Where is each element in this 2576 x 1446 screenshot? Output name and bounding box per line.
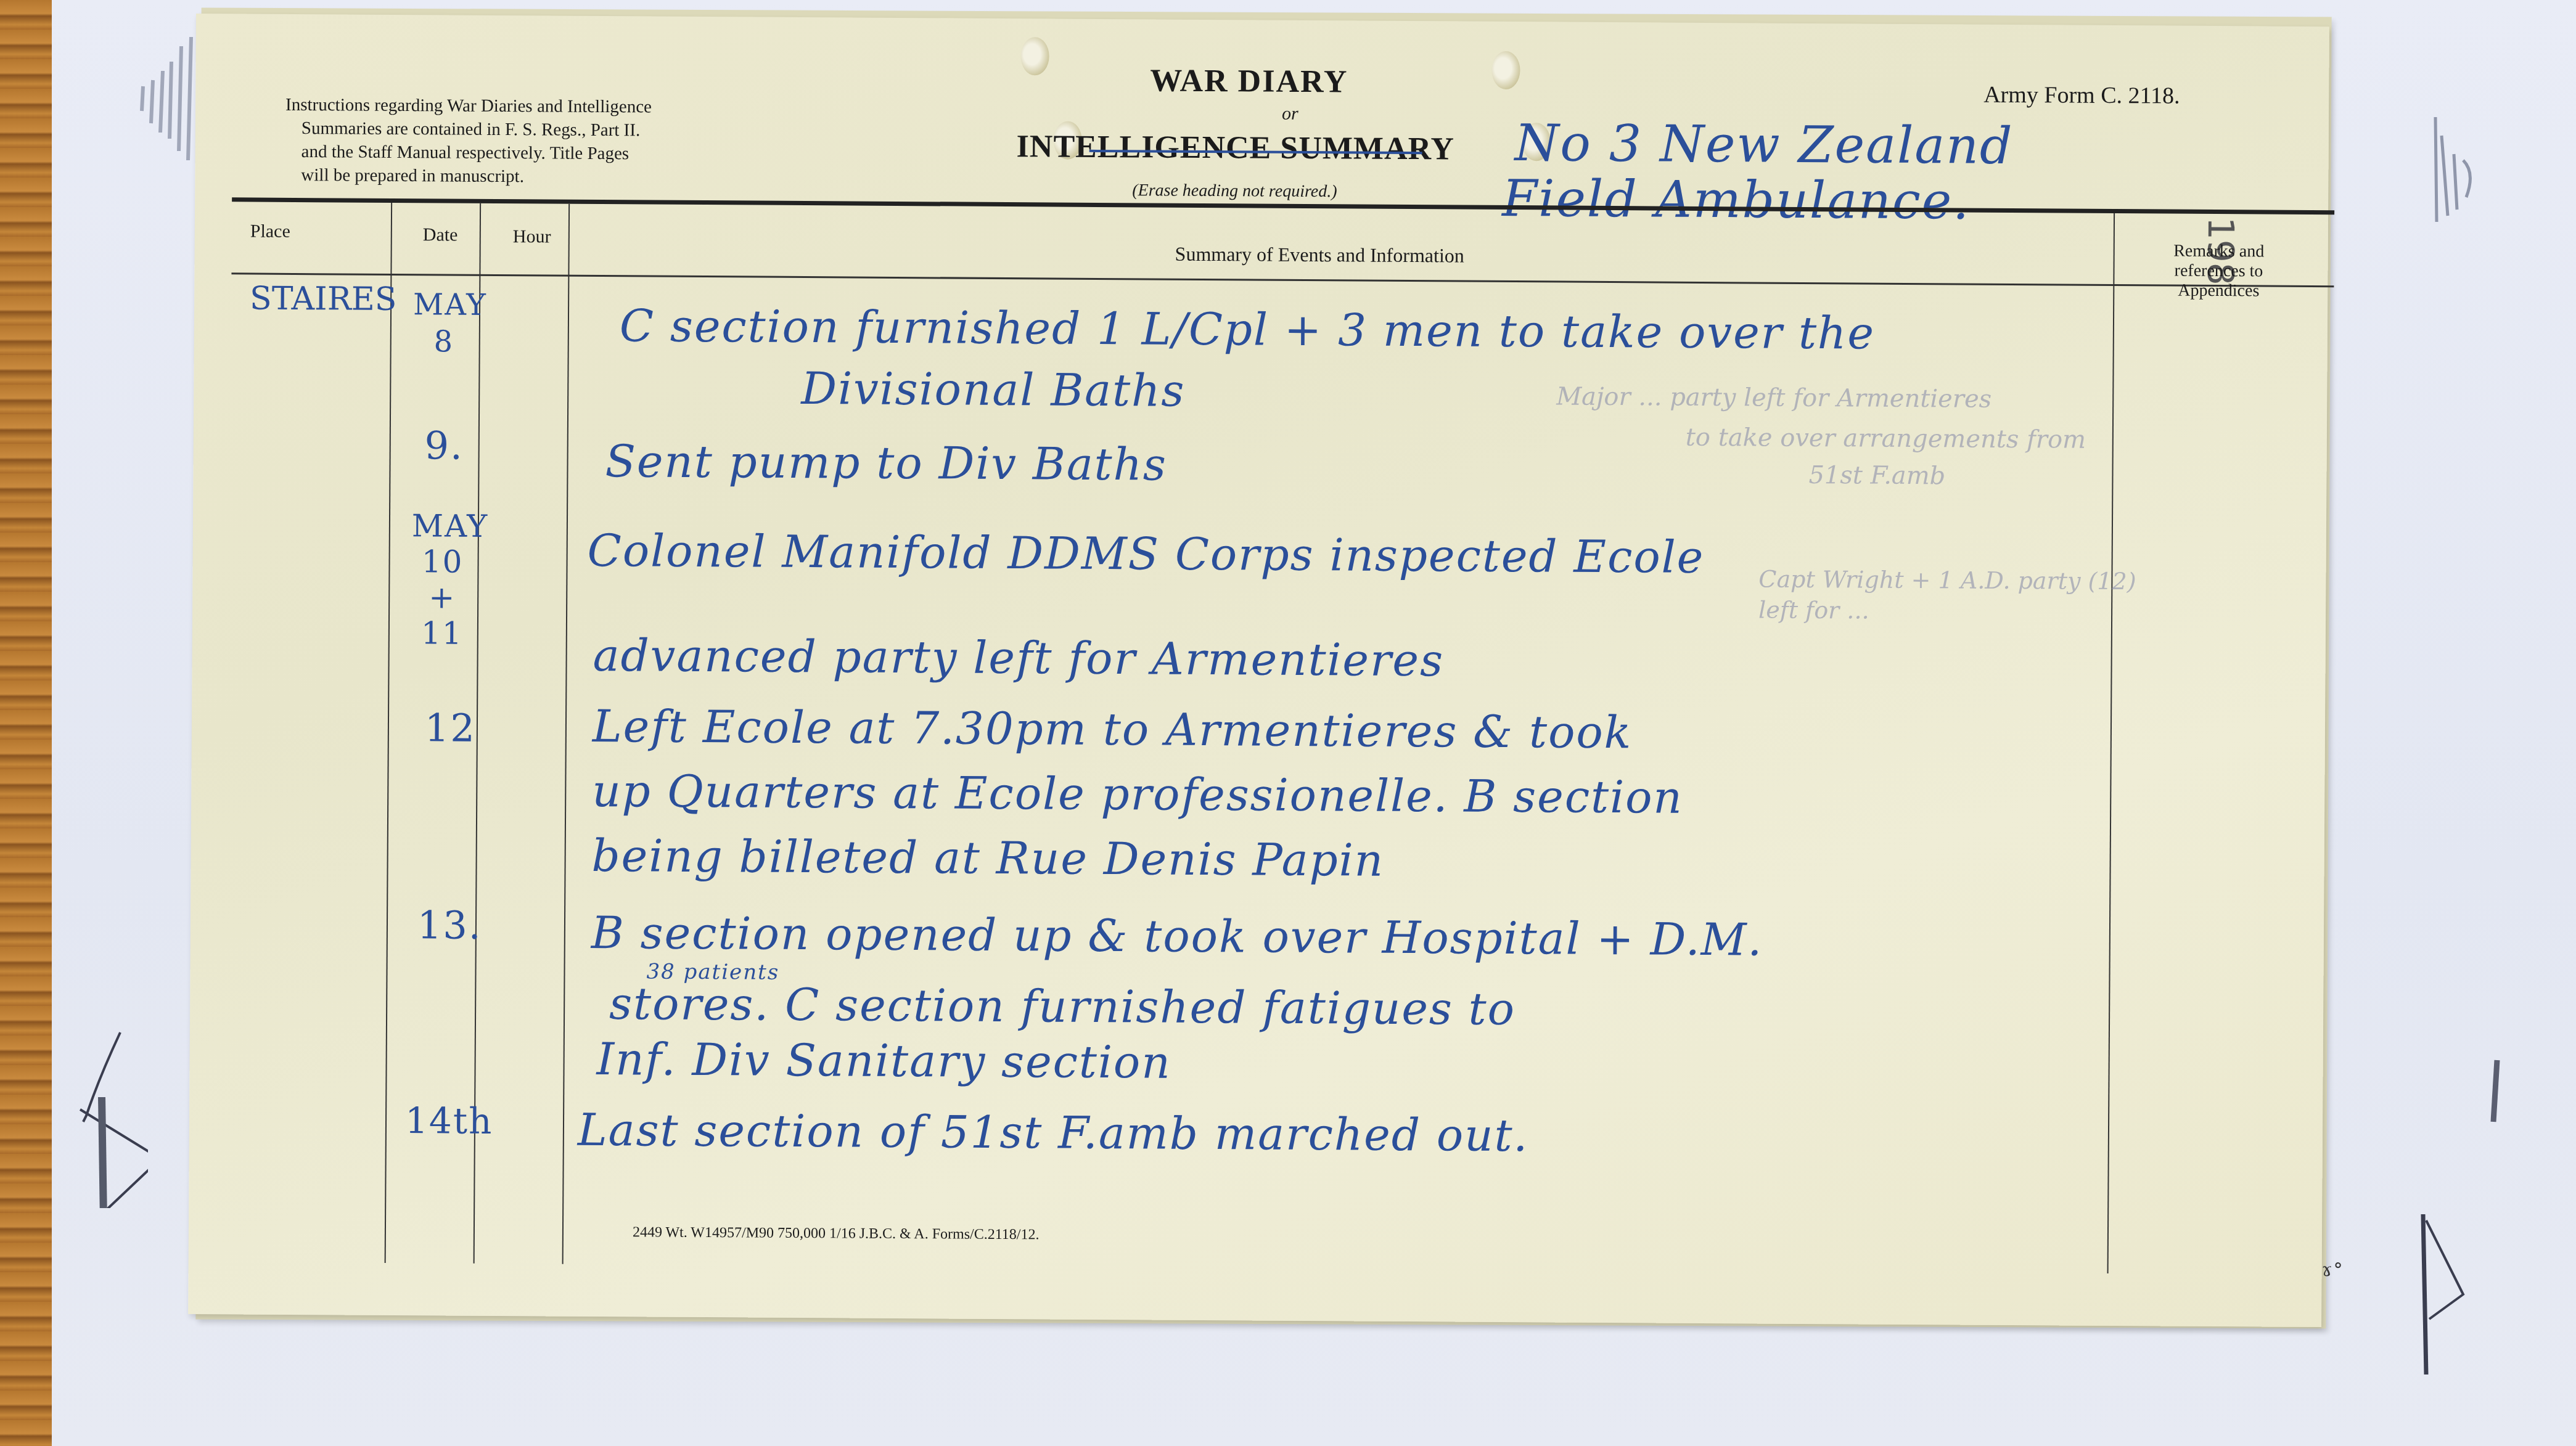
entry-line: advanced party left for Armentieres [593,629,1444,686]
date-14: 14th [405,1100,493,1142]
header-bottom-rule [231,272,2334,287]
date-13: 13. [417,902,482,948]
column-header-hour: Hour [513,226,551,247]
date-9: 9. [425,423,464,468]
entry-line: being billeted at Rue Denis Papin [591,830,1384,886]
column-header-place: Place [250,221,290,242]
title-intelligence-summary: INTELLIGENCE SUMMARY [1017,128,1455,167]
army-form-number: Army Form C. 2118. [1983,81,2180,110]
column-header-remarks: Remarks and references to Appendices [2147,241,2290,301]
pencil-mark-right-upper [2429,111,2491,234]
column-line-hour [562,204,570,1264]
entry-line: Left Ecole at 7.30pm to Armentieres & to… [593,700,1633,758]
entry-line: Inf. Div Sanitary section [596,1033,1171,1089]
pencil-note: Capt Wright + 1 A.D. party (12) [1758,565,2136,595]
title-note: (Erase heading not required.) [1132,181,1337,202]
wooden-table-edge [0,0,54,1446]
corner-mark: ɤ° [2322,1259,2344,1281]
punch-hole [1491,51,1520,89]
form-footer-imprint: 2449 Wt. W14957/M90 750,000 1/16 J.B.C. … [633,1224,1040,1243]
entry-line: up Quarters at Ecole professionelle. B s… [592,765,1683,823]
entry-line: C section furnished 1 L/Cpl + 3 men to t… [620,300,1876,359]
entry-line: Last section of 51st F.amb marched out. [578,1104,1529,1161]
entry-line: Sent pump to Div Baths [605,435,1167,491]
pencil-note: left for ... [1758,596,1869,624]
pencil-note: to take over arrangements from [1686,423,2086,454]
entry-line: Divisional Baths [801,362,1186,417]
punch-hole [1020,37,1049,75]
column-line-place [385,203,393,1263]
unit-name-line-1: No 3 New Zealand [1514,114,2013,176]
pencil-flag-bottom-right [2405,1171,2503,1393]
column-header-date: Date [423,224,458,245]
column-header-summary: Summary of Events and Information [1175,243,1464,268]
pencil-mark-right [2485,1048,2509,1134]
pencil-note: 51st F.amb [1808,461,1945,490]
date-may-10-11: MAY10+11 [411,508,474,652]
entry-line: Colonel Manifold DDMS Corps inspected Ec… [587,525,1704,583]
title-war-diary: WAR DIARY [1150,62,1348,100]
title-or: or [1282,104,1298,125]
entry-line: stores. C section furnished fatigues to [609,978,1516,1035]
pencil-note: Major ... party left for Armentieres [1556,382,1991,413]
unit-name-line-2: Field Ambulance. [1502,170,1971,231]
pencil-mark-left [37,1005,148,1208]
date-12: 12 [425,705,476,751]
entry-line: B section opened up & took over Hospital… [591,907,1763,966]
place-entry: STAIRES [250,280,397,318]
column-line-remarks [2107,213,2115,1273]
date-may-8: MAY8 [413,286,475,361]
war-diary-page: Instructions regarding War Diaries and I… [188,14,2329,1327]
instructions-text: Instructions regarding War Diaries and I… [285,93,652,189]
